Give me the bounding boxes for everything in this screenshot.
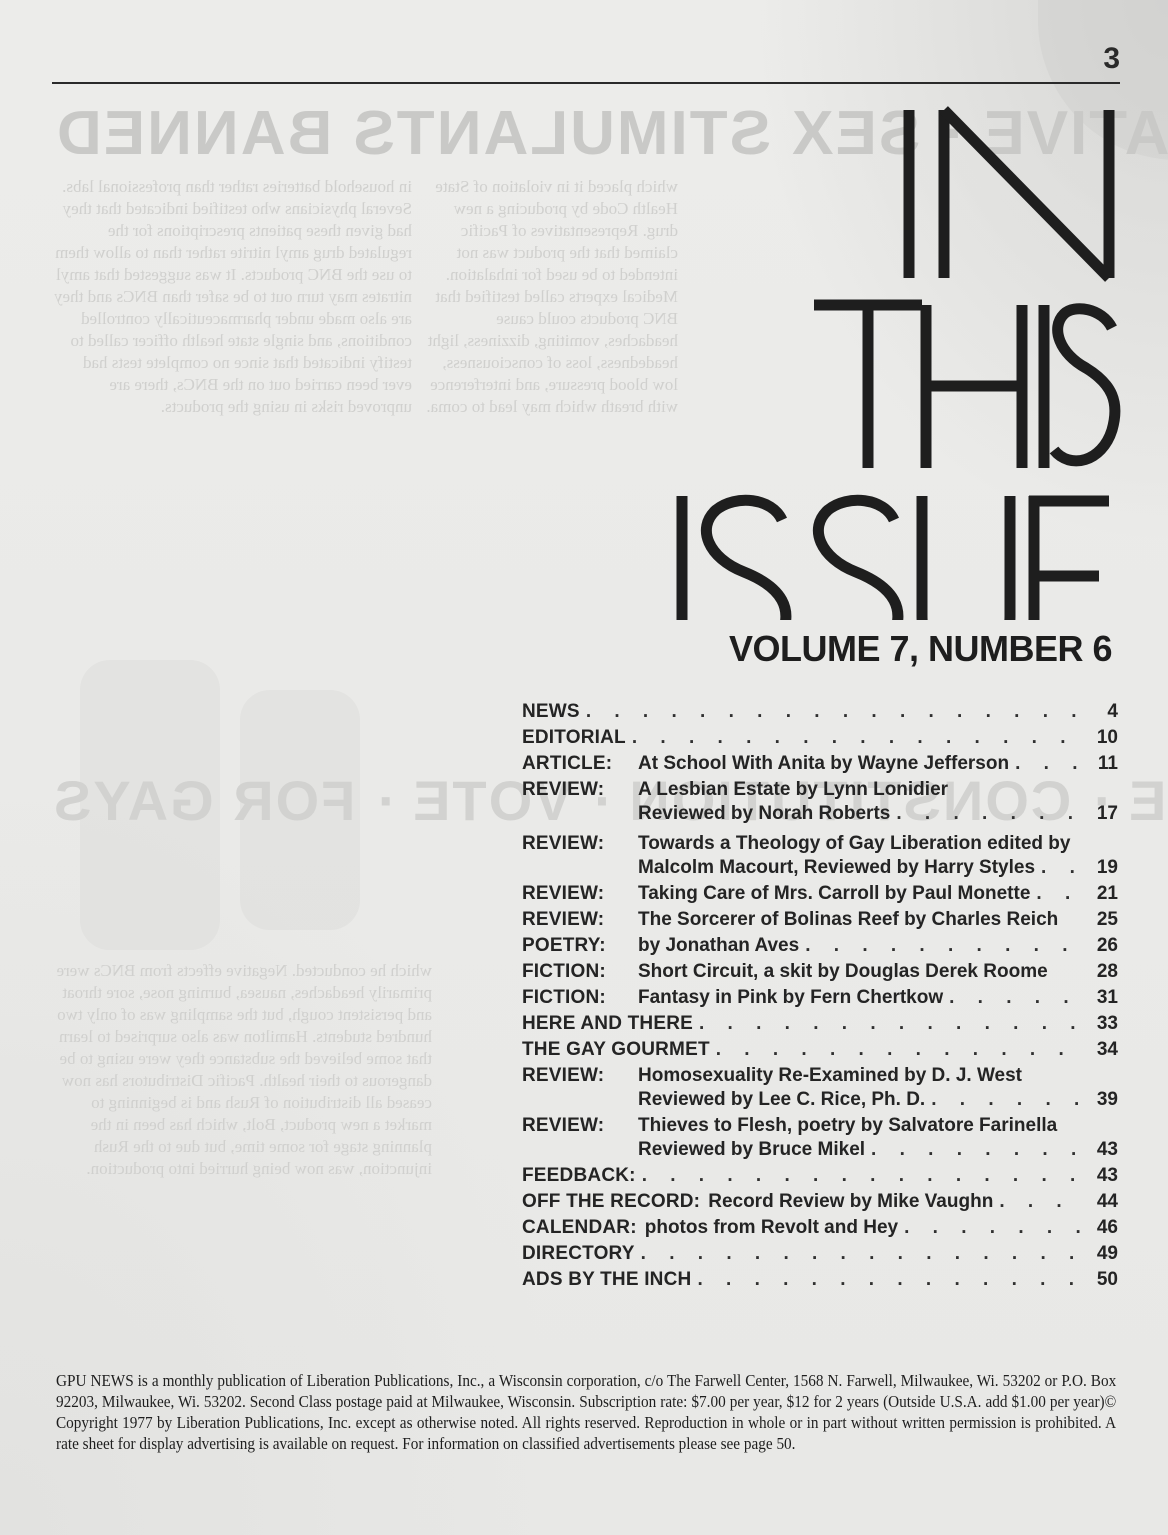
bleed-photo-bottle-2 (240, 690, 360, 930)
leader-dots: . . . . . . . . . . . . . . . . (949, 986, 1086, 1010)
toc-entry-review-theology[interactable]: REVIEW: Towards a Theology of Gay Libera… (522, 832, 1118, 880)
toc-label: NEWS (522, 700, 580, 724)
toc-entry-review-sorcerer[interactable]: REVIEW: The Sorcerer of Bolinas Reef by … (522, 908, 1118, 932)
toc-entry-news[interactable]: NEWS . . . . . . . . . . . . . . . . . .… (522, 700, 1118, 724)
toc-page: 17 (1092, 802, 1118, 826)
toc-label: OFF THE RECORD: (522, 1190, 700, 1214)
leader-dots: . . . . . . . . . . . . . . . . . . . . … (805, 934, 1086, 958)
toc-page: 25 (1092, 908, 1118, 932)
toc-entry-ads-by-the-inch[interactable]: ADS BY THE INCH . . . . . . . . . . . . … (522, 1268, 1118, 1292)
toc-entry-feedback[interactable]: FEEDBACK: . . . . . . . . . . . . . . . … (522, 1164, 1118, 1188)
toc-page: 44 (1092, 1190, 1118, 1214)
leader-dots: . . . . . . . . . . . . . . . . . . . . … (641, 1242, 1086, 1266)
toc-entry-here-and-there[interactable]: HERE AND THERE . . . . . . . . . . . . .… (522, 1012, 1118, 1036)
leader-dots: . . . . . . . . . . . . . . . . . . . . … (697, 1268, 1086, 1292)
toc-subtitle: Reviewed by Lee C. Rice, Ph. D. (638, 1088, 925, 1112)
bleed-photo-bottle-1 (80, 660, 220, 950)
toc-entry-article[interactable]: ARTICLE: At School With Anita by Wayne J… (522, 752, 1118, 776)
leader-dots: . . . . . . . . . . . . . . . . . . . . … (699, 1012, 1086, 1036)
toc-label: FICTION: (522, 960, 630, 984)
leader-dots: . . . . . . . . . . . . . . . . . (896, 802, 1086, 826)
toc-title: Record Review by Mike Vaughn (700, 1190, 993, 1214)
leader-dots: . . . . . . . . . . . . . (1015, 752, 1086, 776)
toc-label: POETRY: (522, 934, 630, 958)
toc-entry-fiction-fantasy-in-pink[interactable]: FICTION: Fantasy in Pink by Fern Chertko… (522, 986, 1118, 1010)
toc-page: 49 (1092, 1242, 1118, 1266)
toc-entry-review-lesbian-estate[interactable]: REVIEW: A Lesbian Estate by Lynn Lonidie… (522, 778, 1118, 826)
toc-entry-poetry[interactable]: POETRY: by Jonathan Aves . . . . . . . .… (522, 934, 1118, 958)
leader-dots: . . . . . . . . . . . . . . . . . . . . … (632, 726, 1086, 750)
toc-page: 34 (1092, 1038, 1118, 1062)
leader-dots: . . . . . . . . . . . . . . . . . . . . … (642, 1164, 1086, 1188)
toc-page: 39 (1092, 1088, 1118, 1112)
toc-entry-review-thieves-to-flesh[interactable]: REVIEW: Thieves to Flesh, poetry by Salv… (522, 1114, 1118, 1162)
toc-subtitle: Malcolm Macourt, Reviewed by Harry Style… (638, 856, 1035, 880)
toc-page: 46 (1092, 1216, 1118, 1240)
leader-dots: . . . . . . . . . . . . . . . . . . (904, 1216, 1086, 1240)
toc-entry-directory[interactable]: DIRECTORY . . . . . . . . . . . . . . . … (522, 1242, 1118, 1266)
leader-dots: . . . . . . . . . . . . . . . . . . . . … (871, 1138, 1086, 1162)
toc-page: 19 (1092, 856, 1118, 880)
toc-label: REVIEW: (522, 908, 630, 932)
leader-dots: . . . . . (999, 1190, 1086, 1214)
toc-title: At School With Anita by Wayne Jefferson (630, 752, 1009, 776)
toc-entry-review-homosexuality-reexamined[interactable]: REVIEW: Homosexuality Re-Examined by D. … (522, 1064, 1118, 1112)
toc-label: REVIEW: (522, 882, 630, 906)
toc-label: EDITORIAL (522, 726, 626, 750)
toc-label: ADS BY THE INCH (522, 1268, 691, 1292)
toc-title: A Lesbian Estate by Lynn Lonidier (630, 778, 948, 802)
toc-page: 26 (1092, 934, 1118, 958)
toc-entry-fiction-short-circuit[interactable]: FICTION: Short Circuit, a skit by Dougla… (522, 960, 1118, 984)
toc-page: 43 (1092, 1138, 1118, 1162)
toc-title: Thieves to Flesh, poetry by Salvatore Fa… (630, 1114, 1057, 1138)
toc-page: 50 (1092, 1268, 1118, 1292)
leader-dots: . . . . . (1041, 856, 1086, 880)
toc-label: FICTION: (522, 986, 630, 1010)
top-rule (52, 82, 1120, 84)
toc-label: REVIEW: (522, 1064, 630, 1088)
table-of-contents: NEWS . . . . . . . . . . . . . . . . . .… (522, 700, 1118, 1294)
toc-label: CALENDAR: (522, 1216, 637, 1240)
toc-entry-gay-gourmet[interactable]: THE GAY GOURMET . . . . . . . . . . . . … (522, 1038, 1118, 1062)
page-title: IN THIS ISSUE (604, 100, 1124, 620)
toc-label: DIRECTORY (522, 1242, 635, 1266)
toc-page: 4 (1092, 700, 1118, 724)
toc-title: photos from Revolt and Hey (637, 1216, 898, 1240)
toc-page: 43 (1092, 1164, 1118, 1188)
toc-title: Fantasy in Pink by Fern Chertkow (630, 986, 943, 1010)
toc-title: Towards a Theology of Gay Liberation edi… (630, 832, 1070, 856)
page-number: 3 (1103, 42, 1120, 76)
toc-page: 11 (1092, 752, 1118, 776)
toc-entry-calendar[interactable]: CALENDAR: photos from Revolt and Hey . .… (522, 1216, 1118, 1240)
toc-label: HERE AND THERE (522, 1012, 693, 1036)
toc-title: Taking Care of Mrs. Carroll by Paul Mone… (630, 882, 1030, 906)
toc-title: Homosexuality Re-Examined by D. J. West (630, 1064, 1022, 1088)
toc-label: FEEDBACK: (522, 1164, 636, 1188)
leader-dots: . . . . . . . . . . . . . . . . . . . . … (586, 700, 1086, 724)
toc-title: by Jonathan Aves (630, 934, 799, 958)
toc-label: REVIEW: (522, 778, 630, 802)
publication-masthead: GPU NEWS is a monthly publication of Lib… (56, 1370, 1116, 1454)
toc-subtitle: Reviewed by Bruce Mikel (638, 1138, 865, 1162)
volume-number: VOLUME 7, NUMBER 6 (729, 628, 1112, 670)
toc-page: 21 (1092, 882, 1118, 906)
toc-entry-review-mrs-carroll[interactable]: REVIEW: Taking Care of Mrs. Carroll by P… (522, 882, 1118, 906)
leader-dots: . . . . . . . . . . . . . . . . . . . . … (716, 1038, 1086, 1062)
toc-entry-off-the-record[interactable]: OFF THE RECORD: Record Review by Mike Va… (522, 1190, 1118, 1214)
leader-dots: . . . . . . . . . . . . . . . . (931, 1088, 1086, 1112)
toc-title: The Sorcerer of Bolinas Reef by Charles … (630, 908, 1058, 932)
toc-page: 31 (1092, 986, 1118, 1010)
toc-label: REVIEW: (522, 1114, 630, 1138)
toc-subtitle: Reviewed by Norah Roberts (638, 802, 890, 826)
toc-label: REVIEW: (522, 832, 630, 856)
page-title-text: IN THIS ISSUE (604, 100, 611, 101)
toc-title: Short Circuit, a skit by Douglas Derek R… (630, 960, 1048, 984)
toc-page: 28 (1092, 960, 1118, 984)
toc-page: 33 (1092, 1012, 1118, 1036)
toc-page: 10 (1092, 726, 1118, 750)
toc-label: THE GAY GOURMET (522, 1038, 710, 1062)
leader-dots: . . . . . (1036, 882, 1086, 906)
toc-label: ARTICLE: (522, 752, 630, 776)
toc-entry-editorial[interactable]: EDITORIAL . . . . . . . . . . . . . . . … (522, 726, 1118, 750)
